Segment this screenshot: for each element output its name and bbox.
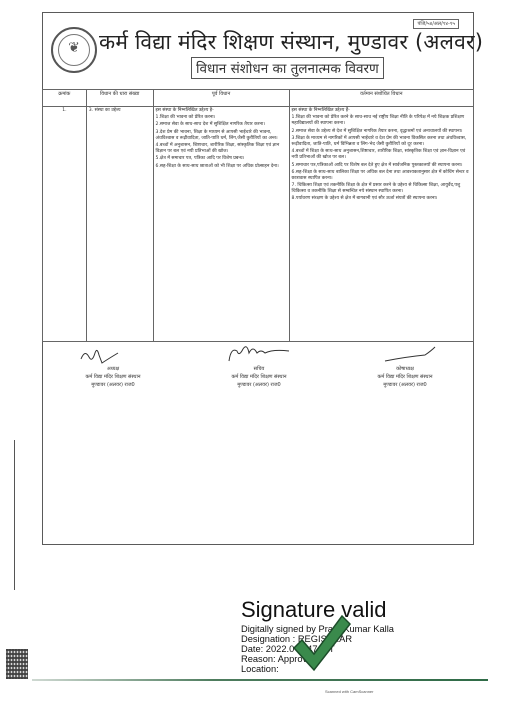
- signatory-treasurer: कोषाध्यक्ष कर्म विद्या मंदिर शिक्षण संस्…: [335, 343, 475, 388]
- checkmark-icon: [290, 612, 352, 674]
- handwritten-signature-icon: [189, 343, 329, 365]
- institution-title: कर्म विद्या मंदिर शिक्षण संस्थान, मुण्डा…: [99, 28, 473, 56]
- header-current: वर्तमान संशोधित विधान: [289, 90, 473, 107]
- objective-item: 3.देश प्रेम की भावना, शिक्षा के माध्यम स…: [156, 130, 287, 142]
- qr-code-icon: [6, 649, 28, 679]
- row-section: 3. संस्था का उद्देश्य: [86, 107, 153, 342]
- signed-by: Digitally signed by Pra n Kumar Kalla: [241, 624, 481, 634]
- signature-status: Signature valid: [241, 598, 481, 622]
- sign-date: Date: 2022.0 1 :47 IST: [241, 644, 481, 654]
- current-objectives-list: इस संस्था के निम्नलिखित उद्देश्य हैं-1.श…: [292, 108, 471, 203]
- signature-details: Digitally signed by Pra n Kumar Kalla De…: [241, 624, 481, 674]
- signatory-secretary: सचिव कर्म विद्या मंदिर शिक्षण संस्थान मु…: [189, 343, 329, 388]
- sign-reason: Reason: Approv: [241, 654, 481, 664]
- sign-location: Location:: [241, 664, 481, 674]
- scanner-credit: Scanned with CamScanner: [325, 689, 373, 694]
- objective-item: 8.पर्यावरण संरक्षण के उद्देश्य से क्षेत्…: [292, 196, 471, 202]
- document-frame: पंजि/५४/अल/९४-९५ ❦ कर्म विद्या मंदिर शिक…: [42, 12, 474, 545]
- objective-item: 5.क्षेत्र में समाचार पत्र, पत्रिका आदि प…: [156, 156, 287, 162]
- objective-item: 6.सह-शिक्षा के साथ-साथ छात्राओं को भी शि…: [156, 164, 287, 170]
- objective-item: 1.शिक्षा की भावना को प्रेरित करने के साथ…: [292, 115, 471, 127]
- institution-seal-icon: ❦: [51, 27, 97, 73]
- objective-item: 2.समाज सेवा के उद्देश्य से देश में सुशिक…: [292, 129, 471, 135]
- signatory-president: अध्यक्ष कर्म विद्या मंदिर शिक्षण संस्थान…: [43, 343, 183, 388]
- signatories-block: अध्यक्ष कर्म विद्या मंदिर शिक्षण संस्थान…: [43, 343, 473, 403]
- current-provisions: इस संस्था के निम्नलिखित उद्देश्य हैं-1.श…: [289, 107, 473, 342]
- footer-rule: [32, 679, 488, 681]
- comparison-table: क्रमांक विधान की धारा संख्या पूर्व विधान…: [42, 89, 474, 342]
- header-serial: क्रमांक: [43, 90, 87, 107]
- header-section: विधान की धारा संख्या: [86, 90, 153, 107]
- row-serial: 1.: [43, 107, 87, 342]
- objective-item: 1.शिक्षा की भावना को प्रेरित करना।: [156, 115, 287, 121]
- objective-item: 4.बच्चों में शिक्षा के साथ-साथ अनुशासन,श…: [292, 149, 471, 161]
- objective-item: 6.सह-शिक्षा के साथ-साथ बालिका शिक्षा पर …: [292, 170, 471, 182]
- handwritten-signature-icon: [335, 343, 475, 365]
- header-previous: पूर्व विधान: [153, 90, 289, 107]
- objective-item: 4.बच्चों में अनुशासन, शिष्टाचार, शारीरिक…: [156, 143, 287, 155]
- objective-item: 2.समाज सेवा के साथ-साथ देश में सुशिक्षित…: [156, 122, 287, 128]
- india-map-icon: ❦: [53, 40, 95, 56]
- objective-item: 5.समाचार पत्र,पत्रिकाओं आदि पर विशेष बल …: [292, 163, 471, 169]
- objectives-intro: इस संस्था के निम्नलिखित उद्देश्य है-: [156, 108, 287, 114]
- document-subtitle: विधान संशोधन का तुलनात्मक विवरण: [191, 57, 384, 79]
- objectives-intro: इस संस्था के निम्नलिखित उद्देश्य हैं-: [292, 108, 471, 114]
- scan-edge-line: [14, 440, 15, 590]
- objective-item: 3.शिक्षा के माध्यम से नागरिकों में आपसी …: [292, 136, 471, 148]
- objective-item: 7. चिकित्सा शिक्षा एवं तकनीकि शिक्षा के …: [292, 183, 471, 195]
- digital-signature-block: Signature valid Digitally signed by Pra …: [241, 598, 481, 674]
- handwritten-signature-icon: [43, 343, 183, 365]
- designation: Designation : REGISTRAR: [241, 634, 481, 644]
- previous-provisions: इस संस्था के निम्नलिखित उद्देश्य है-1.शि…: [153, 107, 289, 342]
- previous-objectives-list: इस संस्था के निम्नलिखित उद्देश्य है-1.शि…: [156, 108, 287, 170]
- table-row: 1. 3. संस्था का उद्देश्य इस संस्था के नि…: [43, 107, 474, 342]
- table-header-row: क्रमांक विधान की धारा संख्या पूर्व विधान…: [43, 90, 474, 107]
